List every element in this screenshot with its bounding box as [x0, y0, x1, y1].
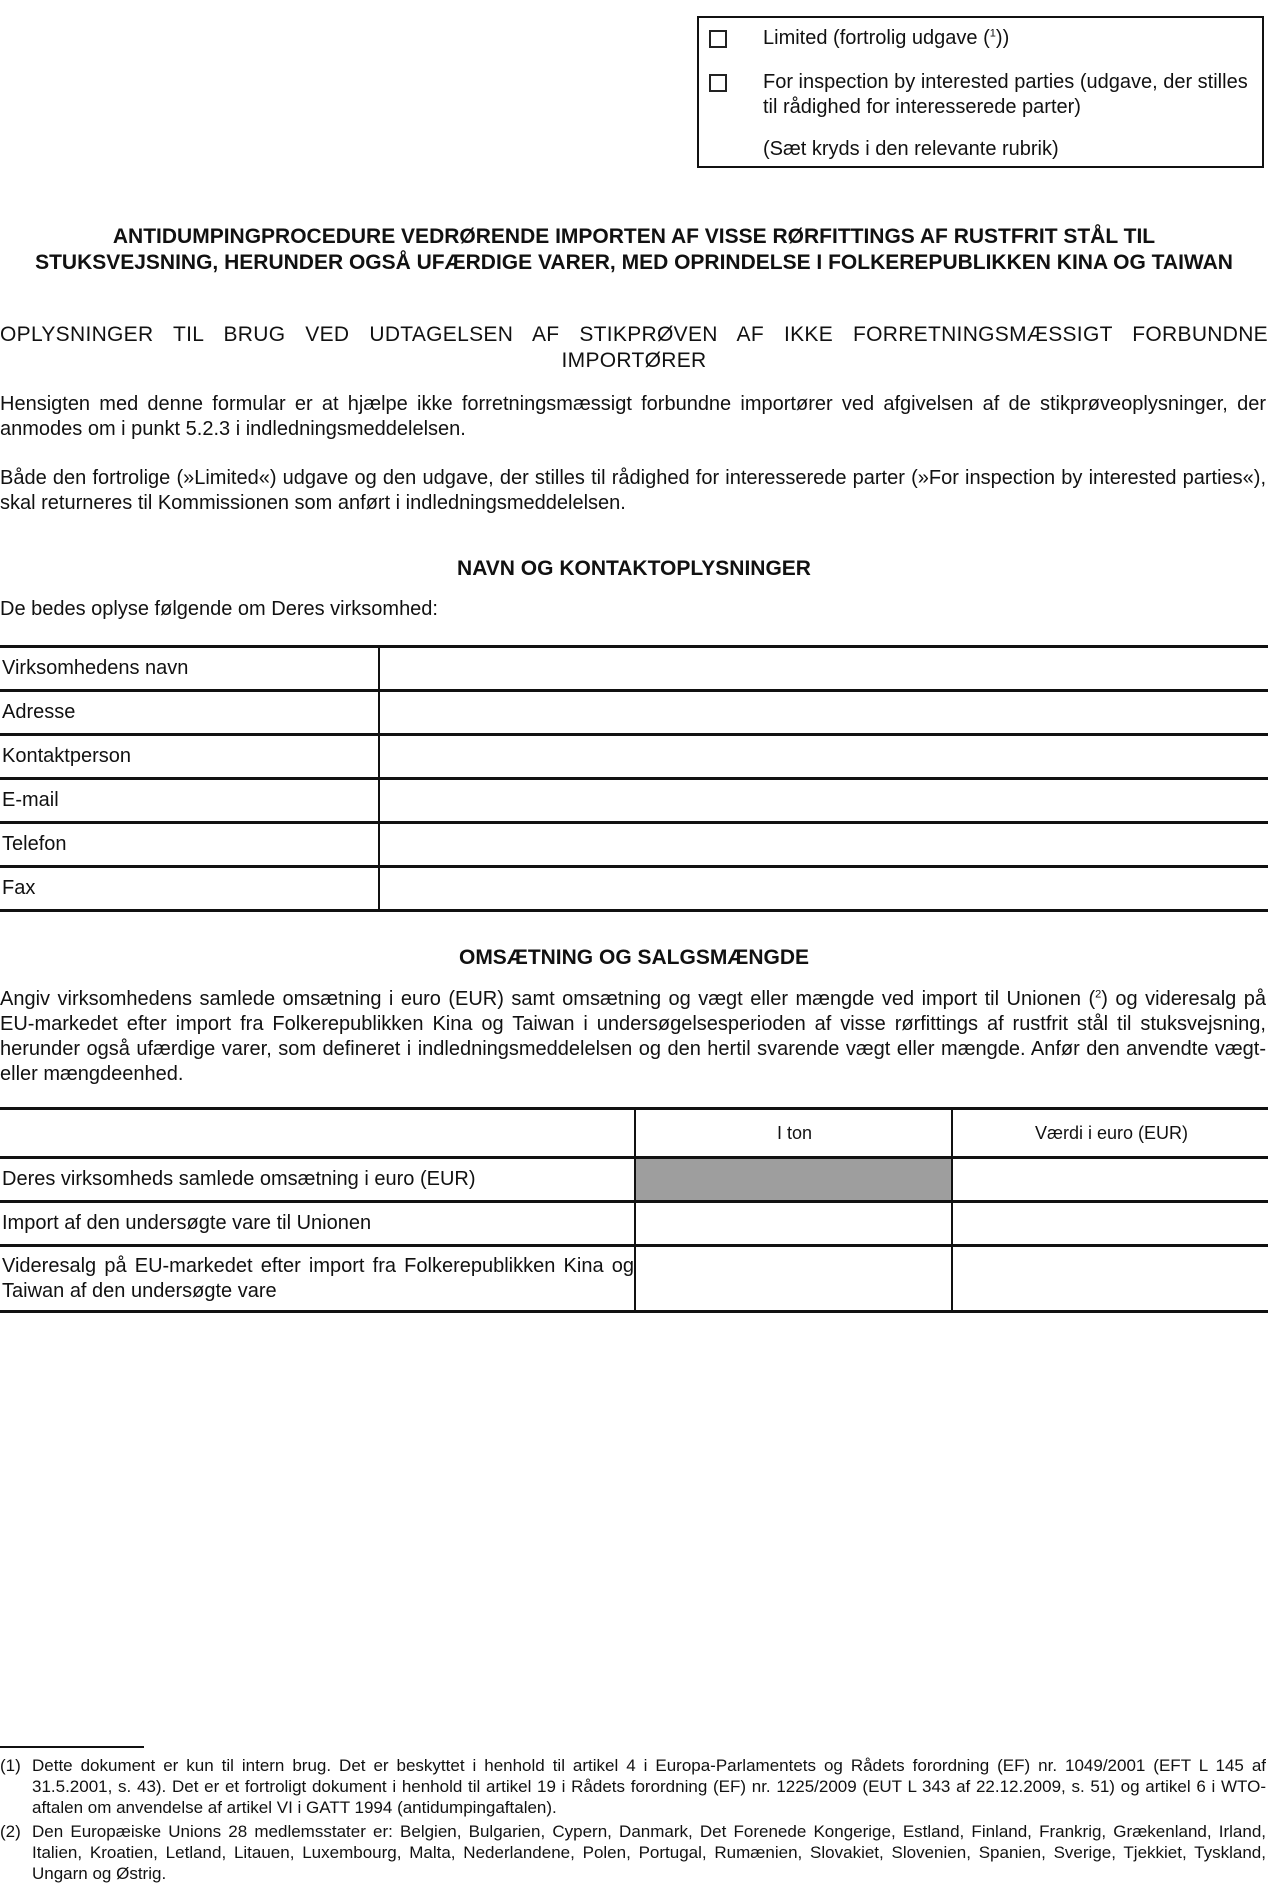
header-ton: I ton: [635, 1109, 952, 1158]
footnote-2-mark: (2): [0, 1821, 21, 1842]
value-eur-input-cell[interactable]: [952, 1202, 1268, 1246]
shaded-ton-cell: [635, 1158, 952, 1202]
contact-section-heading: NAVN OG KONTAKTOPLYSNINGER: [446, 556, 822, 581]
footnote-rule: [0, 1746, 144, 1748]
contact-field-label: E-mail: [0, 779, 379, 823]
contact-field-label: Virksomhedens navn: [0, 647, 379, 691]
footnote-2-text: Den Europæiske Unions 28 medlemsstater e…: [32, 1821, 1266, 1884]
turnover-header-row: I ton Værdi i euro (EUR): [0, 1109, 1268, 1158]
turnover-row: Deres virksomheds samlede omsætning i eu…: [0, 1158, 1268, 1202]
document-subtitle: OPLYSNINGER TIL BRUG VED UDTAGELSEN AF S…: [0, 322, 1268, 374]
contact-field-input[interactable]: [379, 779, 1268, 823]
confidentiality-box: Limited (fortrolig udgave (1)) For inspe…: [697, 16, 1264, 168]
contact-row: Fax: [0, 867, 1268, 911]
turnover-description: Angiv virksomhedens samlede omsætning i …: [0, 987, 1266, 1087]
contact-row: Kontaktperson: [0, 735, 1268, 779]
contact-field-label: Adresse: [0, 691, 379, 735]
contact-field-input[interactable]: [379, 735, 1268, 779]
limited-checkbox[interactable]: [709, 30, 727, 48]
intro-paragraph-1: Hensigten med denne formular er at hjælp…: [0, 392, 1266, 442]
contact-field-label: Kontaktperson: [0, 735, 379, 779]
header-blank: [0, 1109, 635, 1158]
ton-input-cell[interactable]: [635, 1202, 952, 1246]
contact-field-input[interactable]: [379, 867, 1268, 911]
contact-field-label: Telefon: [0, 823, 379, 867]
ton-input-cell[interactable]: [635, 1246, 952, 1312]
checkbox-instruction: (Sæt kryds i den relevante rubrik): [763, 137, 1252, 162]
turnover-section-heading: OMSÆTNING OG SALGSMÆNGDE: [446, 945, 822, 970]
inspection-checkbox[interactable]: [709, 74, 727, 92]
option-limited-label: Limited (fortrolig udgave (1)): [763, 26, 1252, 51]
intro-paragraph-2: Både den fortrolige (»Limited«) udgave o…: [0, 466, 1266, 516]
contact-field-label: Fax: [0, 867, 379, 911]
contact-row: Virksomhedens navn: [0, 647, 1268, 691]
contact-field-input[interactable]: [379, 823, 1268, 867]
value-eur-input-cell[interactable]: [952, 1246, 1268, 1312]
contact-field-input[interactable]: [379, 647, 1268, 691]
turnover-row-label: Import af den undersøgte vare til Unione…: [0, 1202, 635, 1246]
contact-row: Adresse: [0, 691, 1268, 735]
option-inspection-label: For inspection by interested parties (ud…: [763, 70, 1252, 120]
header-value-eur: Værdi i euro (EUR): [952, 1109, 1268, 1158]
turnover-row: Import af den undersøgte vare til Unione…: [0, 1202, 1268, 1246]
document-title: ANTIDUMPINGPROCEDURE VEDRØRENDE IMPORTEN…: [0, 224, 1268, 276]
turnover-row-label: Deres virksomheds samlede omsætning i eu…: [0, 1158, 635, 1202]
footnote-2: (2) Den Europæiske Unions 28 medlemsstat…: [0, 1821, 1266, 1884]
contact-row: Telefon: [0, 823, 1268, 867]
contact-row: E-mail: [0, 779, 1268, 823]
contact-table: Virksomhedens navnAdresseKontaktpersonE-…: [0, 645, 1268, 912]
turnover-row-label: Videresalg på EU-markedet efter import f…: [0, 1246, 635, 1312]
footnote-1: (1) Dette dokument er kun til intern bru…: [0, 1755, 1266, 1818]
contact-field-input[interactable]: [379, 691, 1268, 735]
footnote-1-text: Dette dokument er kun til intern brug. D…: [32, 1755, 1266, 1818]
value-eur-input-cell[interactable]: [952, 1158, 1268, 1202]
footnote-1-mark: (1): [0, 1755, 21, 1776]
turnover-table: I ton Værdi i euro (EUR) Deres virksomhe…: [0, 1107, 1268, 1313]
turnover-row: Videresalg på EU-markedet efter import f…: [0, 1246, 1268, 1312]
contact-prompt: De bedes oplyse følgende om Deres virkso…: [0, 597, 438, 622]
